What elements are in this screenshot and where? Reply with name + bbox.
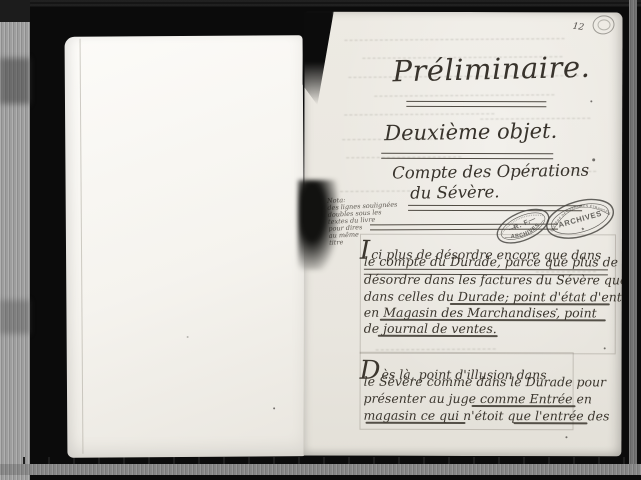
page-crease — [80, 39, 84, 454]
folio-circle-doodle — [598, 19, 611, 30]
page-speck — [187, 336, 189, 338]
manuscript-heading-line2: du Sévère. — [410, 182, 500, 202]
manuscript-page: 12 Préliminaire. Deuxième objet. Compte … — [303, 12, 622, 457]
film-edge-bottom — [0, 464, 641, 475]
blank-left-page — [65, 35, 306, 458]
ink-underline — [406, 101, 546, 107]
manuscript-line: le Sévère comme dans le Durade pour — [364, 374, 606, 390]
manuscript-subtitle: Deuxième objet. — [384, 119, 557, 146]
page-speck — [556, 308, 558, 310]
ink-underline — [514, 422, 588, 424]
manuscript-heading-line1: Compte des Opérations — [392, 161, 589, 183]
microfilm-scan: 12 Préliminaire. Deuxième objet. Compte … — [0, 0, 641, 480]
film-edge-top — [30, 0, 641, 7]
ink-underline — [472, 405, 576, 407]
manuscript-line: désordre dans les factures du Sévère que — [364, 272, 623, 288]
gutter-shadow-middle — [298, 180, 338, 270]
page-speck — [273, 407, 275, 409]
film-edge-dark-corner — [0, 0, 30, 22]
page-speck — [590, 100, 592, 102]
ink-underline — [378, 335, 498, 337]
ink-underline — [381, 153, 553, 159]
folio-number-mark: 12 — [572, 22, 585, 34]
stamp-star: ★ — [580, 226, 585, 232]
page-speck — [592, 158, 595, 161]
bleedthrough-line — [345, 31, 565, 41]
manuscript-line: de journal de ventes. — [364, 321, 497, 336]
bleedthrough-line — [374, 87, 554, 96]
manuscript-line: le compte du Durade, parce que plus de — [364, 254, 618, 270]
manuscript-title: Préliminaire. — [392, 50, 591, 89]
film-smudge — [0, 300, 30, 334]
page-speck — [604, 347, 606, 349]
bleedthrough-line — [340, 183, 410, 192]
page-speck — [565, 436, 567, 438]
ink-underline — [366, 422, 466, 424]
film-smudge — [0, 58, 30, 104]
manuscript-line: présenter au juge comme Entrée en — [364, 391, 592, 407]
bleedthrough-line — [344, 106, 494, 115]
film-edge-right — [629, 0, 637, 464]
